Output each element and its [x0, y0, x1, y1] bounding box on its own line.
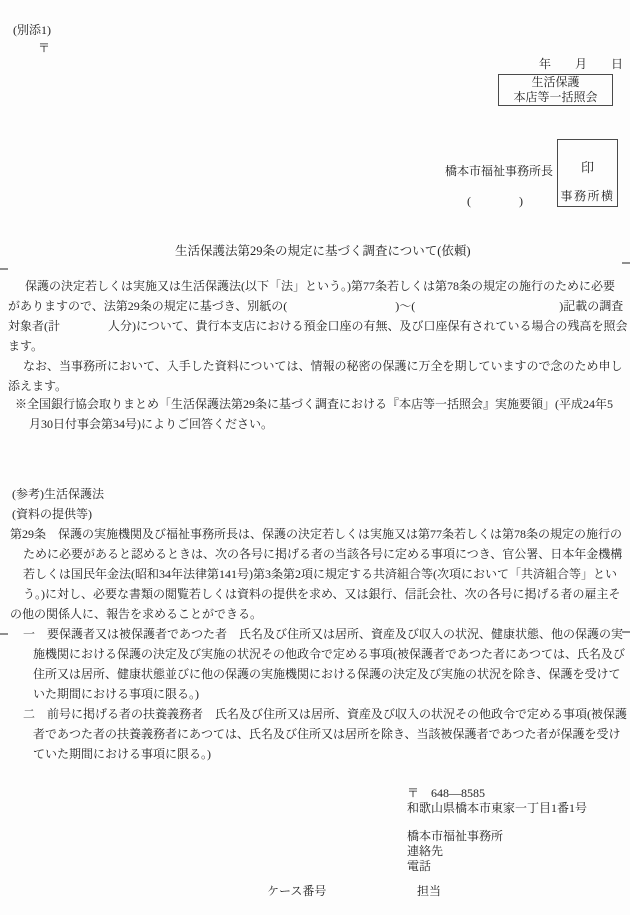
body-paragraph-1: 保護の決定若しくは実施又は生活保護法(以下「法」という。)第77条若しくは第78…	[0, 276, 630, 356]
article-item-2-line: 者であつた者の扶養義務者にあつては、氏名及び住所又は居所を除き、当該被保護者であ…	[0, 724, 630, 744]
sender-postal-code: 〒 648—8585	[407, 786, 587, 801]
article-line: 若しくは国民年金法(昭和34年法律第141号)第3条第2項に規定する共済組合等(…	[0, 564, 630, 584]
body-line: ます。	[0, 336, 630, 356]
document-title: 生活保護法第29条の規定に基づく調査について(依頼)	[175, 242, 471, 260]
attachment-label: (別添1)	[13, 20, 51, 40]
date-line: 年 月 日	[539, 56, 623, 72]
classification-line2: 本店等一括照会	[513, 90, 597, 105]
body-line: なお、当事務所において、入手した資料については、情報の秘密の保護に万全を期してい…	[0, 356, 630, 376]
article-item-2-line: ていた期間における事項に限る。)	[0, 744, 630, 764]
sender-office-name: 橋本市福祉事務所	[407, 829, 503, 844]
body-paragraph-2: なお、当事務所において、入手した資料については、情報の秘密の保護に万全を期してい…	[0, 356, 630, 396]
fold-mark-right-top	[622, 262, 630, 264]
article-line: の他の関係人に、報告を求めることができる。	[0, 604, 630, 624]
addressee-office-head: 橋本市福祉事務所長	[445, 164, 553, 179]
fold-mark-left-bottom	[0, 633, 8, 635]
classification-line1: 生活保護	[531, 75, 579, 90]
sender-block: 〒 648—8585 和歌山県橋本市東家一丁目1番1号	[407, 786, 587, 816]
reference-headings: (参考)生活保護法 (資料の提供等)	[0, 484, 630, 524]
document-page: (別添1) 〒 年 月 日 生活保護 本店等一括照会 橋本市福祉事務所長 ( )…	[0, 0, 630, 915]
sender-office-block: 橋本市福祉事務所 連絡先 電話	[407, 829, 503, 874]
body-note: ※全国銀行協会取りまとめ「生活保護法第29条に基づく調査における『本店等一括照会…	[0, 394, 630, 434]
article-line: う。)に対し、必要な書類の閲覧若しくは資料の提供を求め、又は銀行、信託会社、次の…	[0, 584, 630, 604]
article-item-1-line: 施機関における保護の決定及び実施の状況その他政令で定める事項(被保護者であつた者…	[0, 644, 630, 664]
article-item-1-line: 一 要保護者又は被保護者であつた者 氏名及び住所又は居所、資産及び収入の状況、健…	[0, 624, 630, 644]
case-number-label: ケース番号	[267, 884, 326, 899]
seal-mark: 印	[558, 160, 617, 176]
sender-contact-label: 連絡先	[407, 844, 503, 859]
addressee-name-blank: ( )	[467, 194, 523, 209]
seal-box: 印 事務所横	[557, 139, 618, 207]
fold-mark-left-top	[0, 268, 8, 270]
body-line: 対象者(計 人分)について、貴行本支店における預金口座の有無、及び口座保有されて…	[0, 316, 630, 336]
classification-box: 生活保護 本店等一括照会	[498, 74, 613, 106]
sender-address: 和歌山県橋本市東家一丁目1番1号	[407, 801, 587, 816]
body-line: 保護の決定若しくは実施又は生活保護法(以下「法」という。)第77条若しくは第78…	[0, 276, 630, 296]
fold-mark-right-bottom	[622, 631, 630, 633]
article-item-1-line: 住所又は居所、健康状態並びに他の保護の実施機関における保護の決定及び実施の状況を…	[0, 664, 630, 684]
article-item-1-line: いた期間における事項に限る。)	[0, 684, 630, 704]
reference-heading-law: (参考)生活保護法	[0, 484, 630, 504]
postal-mark-top: 〒	[38, 38, 50, 58]
body-line: ※全国銀行協会取りまとめ「生活保護法第29条に基づく調査における『本店等一括照会…	[0, 394, 630, 414]
article-line: 第29条 保護の実施機関及び福祉事務所長は、保護の決定若しくは実施又は第77条若…	[0, 524, 630, 544]
body-line: 月30日付事会第34号)によりご回答ください。	[0, 414, 630, 434]
reference-heading-section: (資料の提供等)	[0, 504, 630, 524]
body-line: がありますので、法第29条の規定に基づき、別紙の( )～( )記載の調査	[0, 296, 630, 316]
article-line: ために必要があると認めるときは、次の各号に掲げる者の当該各号に定める事項につき、…	[0, 544, 630, 564]
reference-article-29: 第29条 保護の実施機関及び福祉事務所長は、保護の決定若しくは実施又は第77条若…	[0, 524, 630, 764]
article-item-2-line: 二 前号に掲げる者の扶養義務者 氏名及び住所又は居所、資産及び収入の状況その他政…	[0, 704, 630, 724]
seal-note: 事務所横	[558, 189, 617, 204]
sender-phone-label: 電話	[407, 859, 503, 874]
staff-label: 担当	[417, 884, 441, 899]
body-line: 添えます。	[0, 376, 630, 396]
